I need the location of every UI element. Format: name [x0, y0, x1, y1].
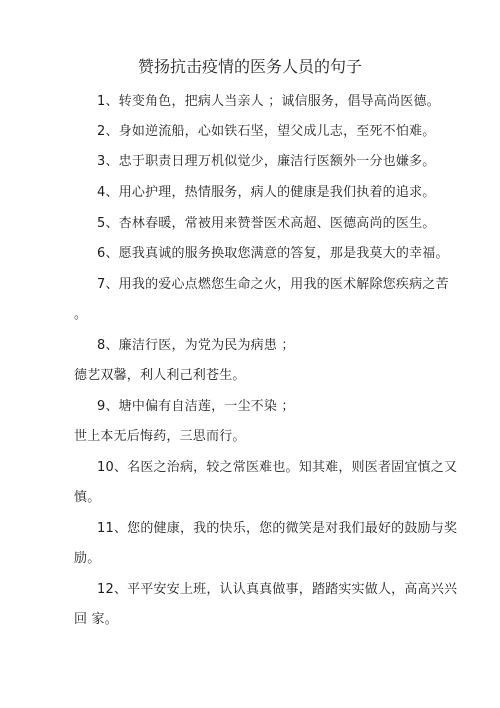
sentence-11-continuation: 励。 — [74, 550, 100, 568]
sentence-2: 2、身如逆流船，心如铁石坚，望父成儿志，至死不怕难。 — [97, 123, 435, 141]
sentence-6: 6、愿我真诚的服务换取您满意的答复，那是我莫大的幸福。 — [97, 245, 449, 263]
sentence-9-continuation: 世上本无后悔药，三思而行。 — [74, 428, 246, 446]
sentence-1: 1、转变角色，把病人当亲人 ；诚信服务，倡导高尚医德。 — [97, 93, 440, 111]
sentence-4: 4、用心护理，热情服务，病人的健康是我们执着的追求。 — [97, 184, 435, 202]
sentence-7: 7、用我的爱心点燃您生命之火，用我的医术解除您疾病之苦 — [97, 276, 449, 294]
sentence-9: 9、塘中偏有自洁莲，一尘不染 ； — [97, 398, 295, 416]
sentence-11: 11、您的健康，我的快乐，您的微笑是对我们最好的鼓励与奖 — [97, 520, 457, 538]
sentence-8-continuation: 德艺双馨，利人利己利苍生。 — [74, 367, 246, 385]
sentence-10: 10、名医之治病，较之常医难也。知其难，则医者固宜慎之又 — [97, 459, 457, 477]
sentence-8: 8、廉洁行医，为党为民为病患 ； — [97, 337, 295, 355]
sentence-12: 12、平平安安上班，认认真真做事，踏踏实实做人，高高兴兴 — [97, 581, 457, 599]
sentence-10-continuation: 慎。 — [74, 489, 100, 507]
sentence-3: 3、忠于职责日理万机似觉少，廉洁行医额外一分也嫌多。 — [97, 153, 435, 171]
sentence-12-continuation: 回 家。 — [74, 611, 118, 629]
sentence-7-continuation: 。 — [74, 306, 87, 324]
sentence-5: 5、杏林春暖，常被用来赞誉医术高超、医德高尚的医生。 — [97, 215, 435, 233]
document-title: 赞扬抗击疫情的医务人员的句子 — [0, 57, 500, 77]
